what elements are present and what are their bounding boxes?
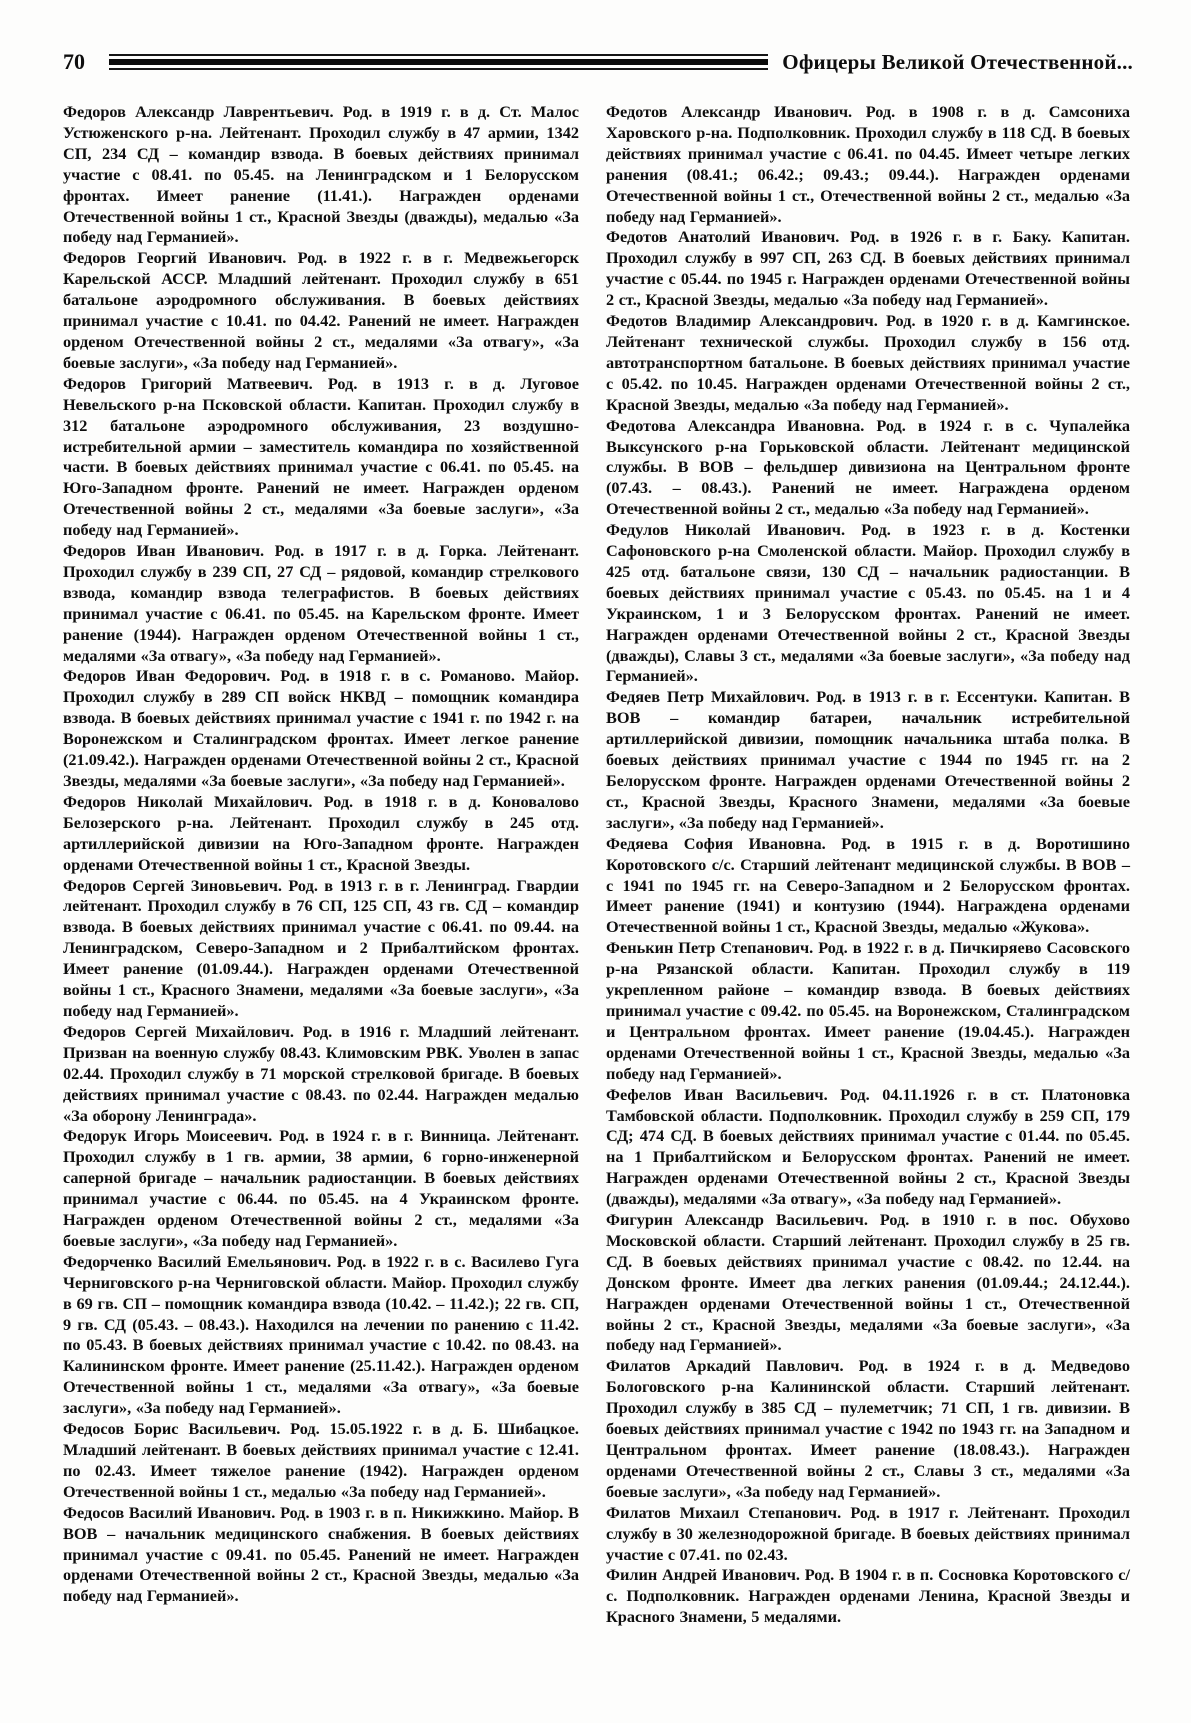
officer-entry: Федоров Григорий Матвеевич. Род. в 1913 … [63,374,579,541]
officer-entry: Федоров Александр Лаврентьевич. Род. в 1… [63,102,579,248]
officer-entry: Федоров Сергей Михайлович. Род. в 1916 г… [63,1022,579,1127]
officer-entry: Федорук Игорь Моисеевич. Род. в 1924 г. … [63,1126,579,1251]
page-header: 70 Офицеры Великой Отечественной... [63,44,1133,80]
officer-entry: Фенькин Петр Степанович. Род. в 1922 г. … [606,938,1130,1084]
book-page: 70 Офицеры Великой Отечественной... Федо… [0,0,1191,1723]
officer-entry: Федорченко Василий Емельянович. Род. в 1… [63,1252,579,1419]
officer-entry: Филин Андрей Иванович. Род. В 1904 г. в … [606,1565,1130,1628]
officer-entry: Фигурин Александр Васильевич. Род. в 191… [606,1210,1130,1356]
header-rule-middle [109,59,768,65]
officer-entry: Федяев Петр Михайлович. Род. в 1913 г. в… [606,687,1130,833]
page-number: 70 [63,49,85,75]
right-text-column: Федотов Александр Иванович. Род. в 1908 … [606,102,1130,1628]
left-text-column: Федоров Александр Лаврентьевич. Род. в 1… [63,102,579,1607]
officer-entry: Федоров Георгий Иванович. Род. в 1922 г.… [63,248,579,373]
officer-entry: Федоров Иван Федорович. Род. в 1918 г. в… [63,666,579,791]
header-rule-bottom [109,68,768,70]
officer-entry: Фефелов Иван Васильевич. Род. 04.11.1926… [606,1085,1130,1210]
officer-entry: Федотов Анатолий Иванович. Род. в 1926 г… [606,227,1130,311]
officer-entry: Федоров Иван Иванович. Род. в 1917 г. в … [63,541,579,666]
header-rule [109,54,768,70]
officer-entry: Федяева София Ивановна. Род. в 1915 г. в… [606,834,1130,939]
officer-entry: Федулов Николай Иванович. Род. в 1923 г.… [606,520,1130,687]
officer-entry: Федосов Василий Иванович. Род. в 1903 г.… [63,1503,579,1608]
officer-entry: Федотова Александра Ивановна. Род. в 192… [606,416,1130,521]
officer-entry: Филатов Аркадий Павлович. Род. в 1924 г.… [606,1356,1130,1502]
header-rule-top [109,54,768,56]
officer-entry: Филатов Михаил Степанович. Род. в 1917 г… [606,1503,1130,1566]
officer-entry: Федоров Николай Михайлович. Род. в 1918 … [63,792,579,876]
officer-entry: Федотов Владимир Александрович. Род. в 1… [606,311,1130,416]
officer-entry: Федосов Борис Васильевич. Род. 15.05.192… [63,1419,579,1503]
officer-entry: Федоров Сергей Зиновьевич. Род. в 1913 г… [63,876,579,1022]
officer-entry: Федотов Александр Иванович. Род. в 1908 … [606,102,1130,227]
running-title: Офицеры Великой Отечественной... [782,50,1133,75]
